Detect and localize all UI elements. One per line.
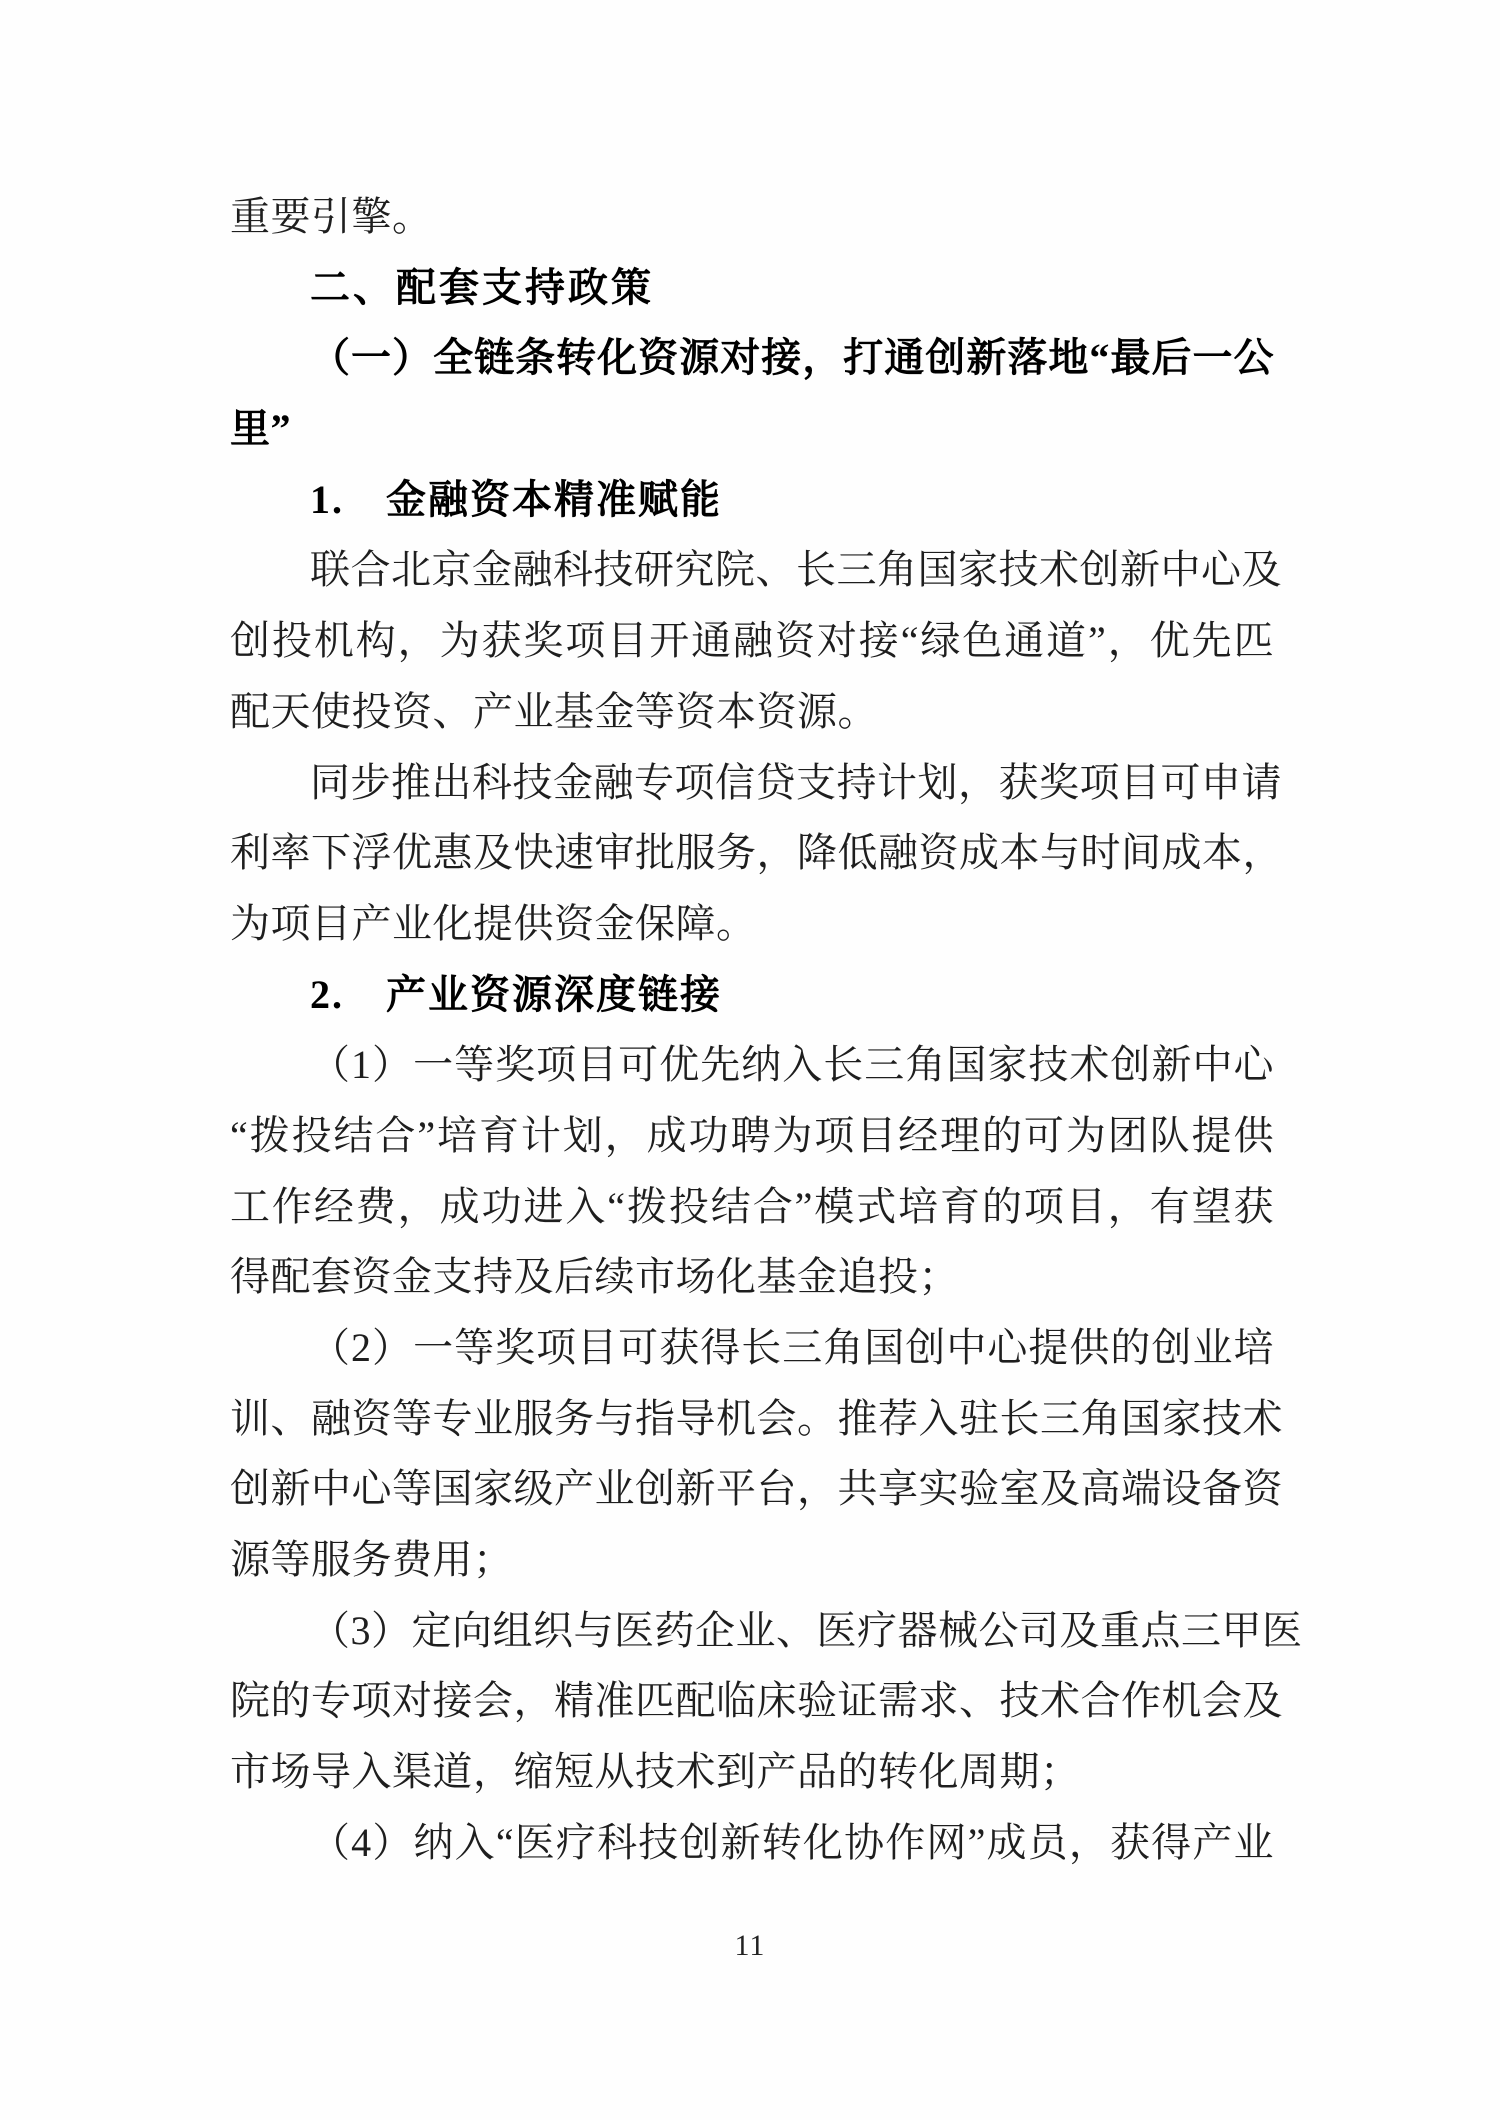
body-line: （4）纳入“医疗科技创新转化协作网”成员，获得产业 (230, 1808, 1274, 1879)
document-page: 重要引擎。 二、配套支持政策 （一）全链条转化资源对接，打通创新落地“最后一公 … (0, 0, 1500, 2120)
body-line: 院的专项对接会，精准匹配临床验证需求、技术合作机会及 (230, 1666, 1274, 1737)
body-line: 重要引擎。 (230, 182, 1274, 253)
numbered-heading-2: 2. 产业资源深度链接 (230, 960, 1274, 1031)
numbered-heading-1: 1. 金融资本精准赋能 (230, 465, 1274, 536)
body-line: 同步推出科技金融专项信贷支持计划，获奖项目可申请 (230, 748, 1274, 819)
body-line: 联合北京金融科技研究院、长三角国家技术创新中心及 (230, 535, 1274, 606)
body-line: 源等服务费用； (230, 1525, 1274, 1596)
subsection-heading-line-1: （一）全链条转化资源对接，打通创新落地“最后一公 (230, 323, 1274, 394)
subsection-heading-line-2: 里” (230, 394, 1274, 465)
body-line: （1）一等奖项目可优先纳入长三角国家技术创新中心 (230, 1030, 1274, 1101)
body-line: 创新中心等国家级产业创新平台，共享实验室及高端设备资 (230, 1454, 1274, 1525)
document-text-block: 重要引擎。 二、配套支持政策 （一）全链条转化资源对接，打通创新落地“最后一公 … (230, 182, 1274, 1879)
body-line: “拨投结合”培育计划，成功聘为项目经理的可为团队提供 (230, 1101, 1274, 1172)
body-line: 配天使投资、产业基金等资本资源。 (230, 677, 1274, 748)
body-line: 得配套资金支持及后续市场化基金追投； (230, 1242, 1274, 1313)
body-line: 工作经费，成功进入“拨投结合”模式培育的项目，有望获 (230, 1172, 1274, 1243)
body-line: 创投机构，为获奖项目开通融资对接“绿色通道”，优先匹 (230, 606, 1274, 677)
body-line: 为项目产业化提供资金保障。 (230, 889, 1274, 960)
body-line: （2）一等奖项目可获得长三角国创中心提供的创业培 (230, 1313, 1274, 1384)
body-line: 训、融资等专业服务与指导机会。推荐入驻长三角国家技术 (230, 1384, 1274, 1455)
body-line: 利率下浮优惠及快速审批服务，降低融资成本与时间成本， (230, 818, 1274, 889)
page-number: 11 (0, 1928, 1500, 1964)
body-line: （3）定向组织与医药企业、医疗器械公司及重点三甲医 (230, 1596, 1274, 1667)
section-heading: 二、配套支持政策 (230, 253, 1274, 324)
body-line: 市场导入渠道，缩短从技术到产品的转化周期； (230, 1737, 1274, 1808)
